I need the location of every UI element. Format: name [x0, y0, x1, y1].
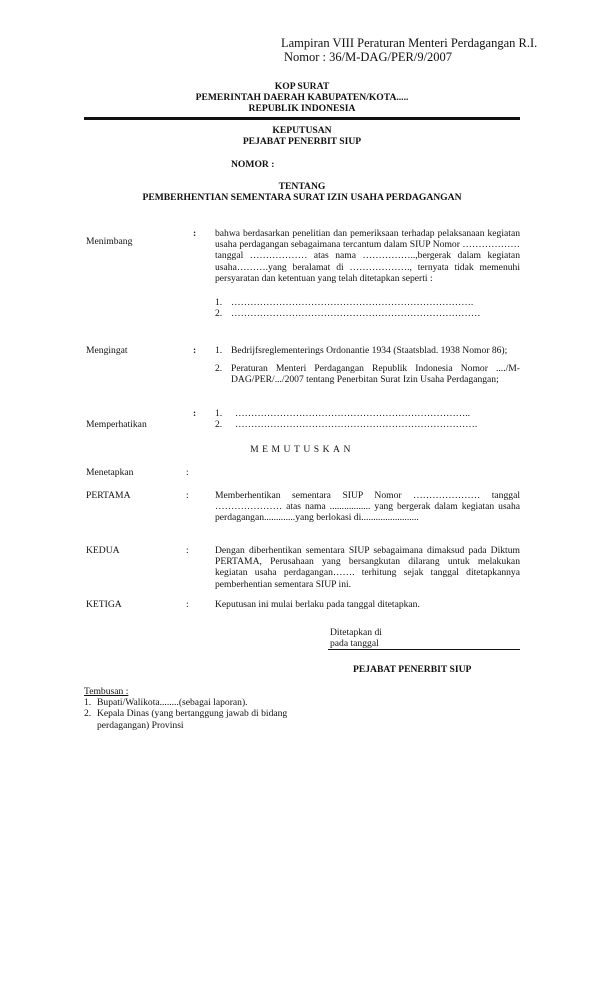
mengingat-list: 1.Bedrijfsreglementerings Ordonantie 193… [215, 345, 520, 386]
kedua-label: KEDUA [86, 545, 120, 556]
list-item: 2.Peraturan Menteri Perdagangan Republik… [215, 363, 520, 385]
menimbang-colon: : [193, 228, 196, 239]
decree-issuer: PEJABAT PENERBIT SIUP [84, 136, 520, 147]
menetapkan-label: Menetapkan [86, 467, 133, 478]
list-item: 2.…………………………………………………………………. [215, 419, 515, 430]
list-item: 1.Bupati/Walikota........(sebagai lapora… [84, 697, 314, 708]
mengingat-label: Mengingat [86, 345, 128, 356]
decree-number: NOMOR : [231, 159, 274, 170]
letterhead: KOP SURAT PEMERINTAH DAERAH KABUPATEN/KO… [84, 81, 520, 114]
tembusan-block: Tembusan : 1.Bupati/Walikota........(seb… [84, 686, 314, 731]
kedua-colon: : [186, 545, 189, 556]
decree-subject: TENTANG PEMBERHENTIAN SEMENTARA SURAT IZ… [84, 181, 520, 203]
kedua-text: Dengan diberhentikan sementara SIUP seba… [215, 545, 520, 590]
subject-text: PEMBERHENTIAN SEMENTARA SURAT IZIN USAHA… [84, 192, 520, 203]
kop-government: PEMERINTAH DAERAH KABUPATEN/KOTA..... [84, 92, 520, 103]
memperhatikan-list: 1.……………………………………………………………….. 2.………………………… [215, 408, 515, 430]
menetapkan-colon: : [186, 467, 189, 478]
menimbang-text: bahwa berdasarkan penelitian dan pemerik… [215, 228, 520, 284]
tentang-label: TENTANG [84, 181, 520, 192]
kop-country: REPUBLIK INDONESIA [84, 103, 520, 114]
pertama-label: PERTAMA [86, 490, 131, 501]
decree-label: KEPUTUSAN [84, 125, 520, 136]
list-item: 1.Bedrijfsreglementerings Ordonantie 193… [215, 345, 520, 356]
lampiran-header: Lampiran VIII Peraturan Menteri Perdagan… [281, 36, 537, 64]
kop-surat-label: KOP SURAT [84, 81, 520, 92]
tembusan-label: Tembusan : [84, 686, 314, 697]
lampiran-title: Lampiran VIII Peraturan Menteri Perdagan… [281, 36, 537, 50]
signature-official: PEJABAT PENERBIT SIUP [353, 664, 471, 675]
pertama-text: Memberhentikan sementara SIUP Nomor …………… [215, 490, 520, 524]
memperhatikan-colon: : [193, 408, 196, 419]
ketiga-colon: : [186, 599, 189, 610]
ditetapkan-di: Ditetapkan di [330, 627, 382, 638]
list-item: 1.……………………………………………………………….. [215, 408, 515, 419]
list-item: 2.…………………………………………………………………… [215, 308, 515, 319]
ketiga-label: KETIGA [86, 599, 122, 610]
list-item: 2.Kepala Dinas (yang bertanggung jawab d… [84, 708, 314, 730]
signature-place: Ditetapkan di pada tanggal [330, 627, 382, 649]
tembusan-list: 1.Bupati/Walikota........(sebagai lapora… [84, 697, 314, 731]
menimbang-label: Menimbang [86, 236, 132, 247]
pertama-colon: : [186, 490, 189, 501]
signature-divider [328, 649, 520, 650]
memperhatikan-label: Memperhatikan [86, 419, 147, 430]
mengingat-colon: : [193, 345, 196, 356]
lampiran-nomor: Nomor : 36/M-DAG/PER/9/2007 [281, 50, 537, 64]
decree-title: KEPUTUSAN PEJABAT PENERBIT SIUP [84, 125, 520, 147]
list-item: 1.…………………………………………………………………. [215, 297, 515, 308]
menimbang-list: 1.…………………………………………………………………. 2.………………………… [215, 297, 515, 319]
pada-tanggal: pada tanggal [330, 638, 382, 649]
ketiga-text: Keputusan ini mulai berlaku pada tanggal… [215, 599, 520, 610]
memutuskan-heading: MEMUTUSKAN [84, 444, 520, 455]
letterhead-divider [84, 117, 520, 120]
